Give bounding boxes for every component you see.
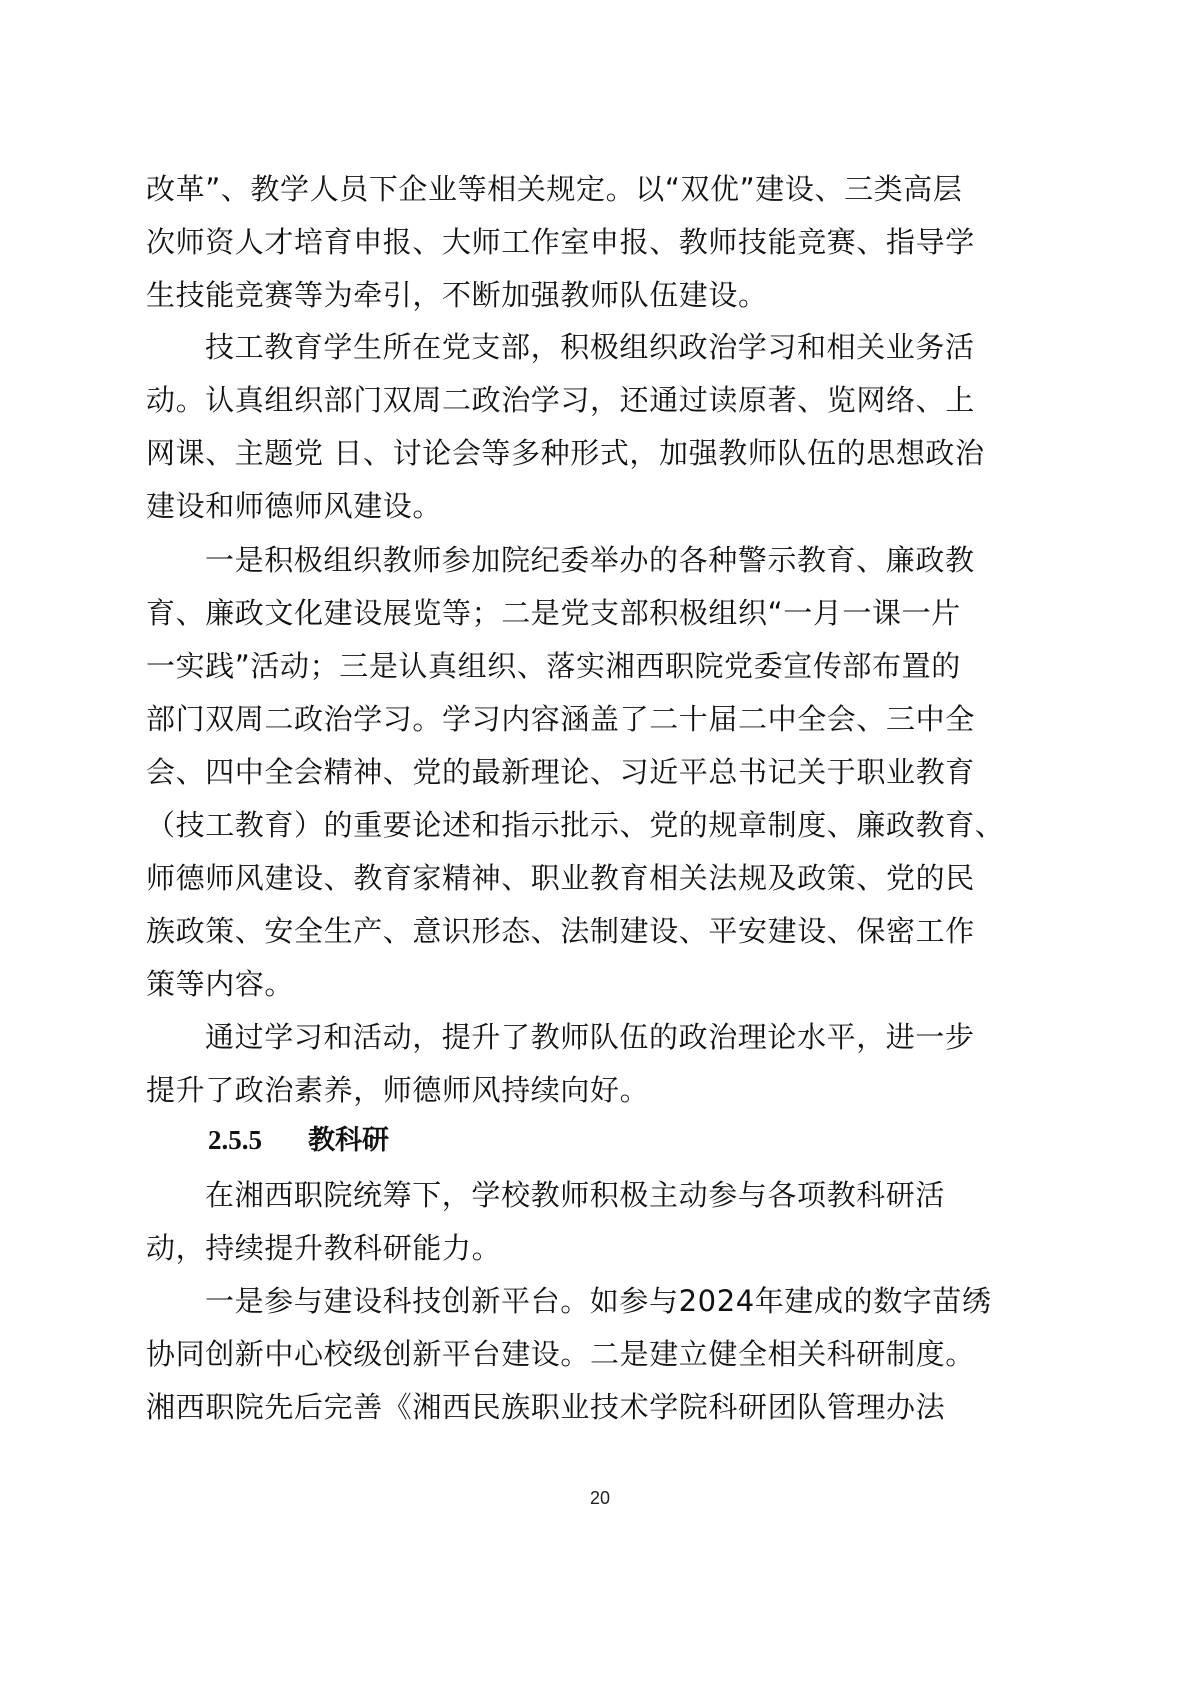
paragraph-3-line-9: 策等内容。 bbox=[146, 964, 976, 1004]
section-paragraph-1-line-2: 动，持续提升教科研能力。 bbox=[146, 1228, 976, 1268]
section-number: 2.5.5 bbox=[208, 1120, 308, 1160]
paragraph-3-line-2: 育、廉政文化建设展览等；二是党支部积极组织“一月一课一片 bbox=[146, 593, 976, 633]
paragraph-3-line-7: 师德师风建设、教育家精神、职业教育相关法规及政策、党的民 bbox=[146, 858, 976, 898]
section-paragraph-2-line-1: 一是参与建设科技创新平台。如参与2024年建成的数字苗绣 bbox=[205, 1281, 976, 1321]
paragraph-2-line-3: 网课、主题党 日、讨论会等多种形式，加强教师队伍的思想政治 bbox=[146, 433, 976, 473]
paragraph-3-line-5: 会、四中全会精神、党的最新理论、习近平总书记关于职业教育 bbox=[146, 752, 976, 792]
paragraph-3-line-1: 一是积极组织教师参加院纪委举办的各种警示教育、廉政教 bbox=[205, 540, 976, 580]
paragraph-4-line-2: 提升了政治素养，师德师风持续向好。 bbox=[146, 1070, 976, 1110]
paragraph-3-line-8: 族政策、安全生产、意识形态、法制建设、平安建设、保密工作 bbox=[146, 911, 976, 951]
section-title: 教科研 bbox=[308, 1125, 389, 1156]
paragraph-4-line-1: 通过学习和活动，提升了教师队伍的政治理论水平，进一步 bbox=[205, 1017, 976, 1057]
section-paragraph-2-line-3: 湘西职院先后完善《湘西民族职业技术学院科研团队管理办法 bbox=[146, 1387, 976, 1427]
paragraph-2-line-2: 动。认真组织部门双周二政治学习，还通过读原著、览网络、上 bbox=[146, 380, 976, 420]
paragraph-3-line-4: 部门双周二政治学习。学习内容涵盖了二十届二中全会、三中全 bbox=[146, 699, 976, 739]
section-paragraph-1-line-1: 在湘西职院统筹下，学校教师积极主动参与各项教科研活 bbox=[205, 1175, 976, 1215]
document-page: 改革”、教学人员下企业等相关规定。以“双优”建设、三类高层 次师资人才培育申报、… bbox=[0, 0, 1200, 1698]
section-paragraph-2-line-2: 协同创新中心校级创新平台建设。二是建立健全相关科研制度。 bbox=[146, 1334, 976, 1374]
paragraph-1-line-3: 生技能竞赛等为牵引，不断加强教师队伍建设。 bbox=[146, 275, 976, 315]
paragraph-3-line-6: （技工教育）的重要论述和指示批示、党的规章制度、廉政教育、 bbox=[146, 805, 976, 845]
paragraph-2-line-4: 建设和师德师风建设。 bbox=[146, 486, 976, 526]
paragraph-3-line-3: 一实践”活动；三是认真组织、落实湘西职院党委宣传部布置的 bbox=[146, 646, 976, 686]
section-heading: 2.5.5教科研 bbox=[208, 1120, 389, 1161]
page-number: 20 bbox=[0, 1488, 1200, 1509]
paragraph-1-line-1: 改革”、教学人员下企业等相关规定。以“双优”建设、三类高层 bbox=[146, 169, 976, 209]
paragraph-2-line-1: 技工教育学生所在党支部，积极组织政治学习和相关业务活 bbox=[205, 327, 976, 367]
paragraph-1-line-2: 次师资人才培育申报、大师工作室申报、教师技能竞赛、指导学 bbox=[146, 222, 976, 262]
